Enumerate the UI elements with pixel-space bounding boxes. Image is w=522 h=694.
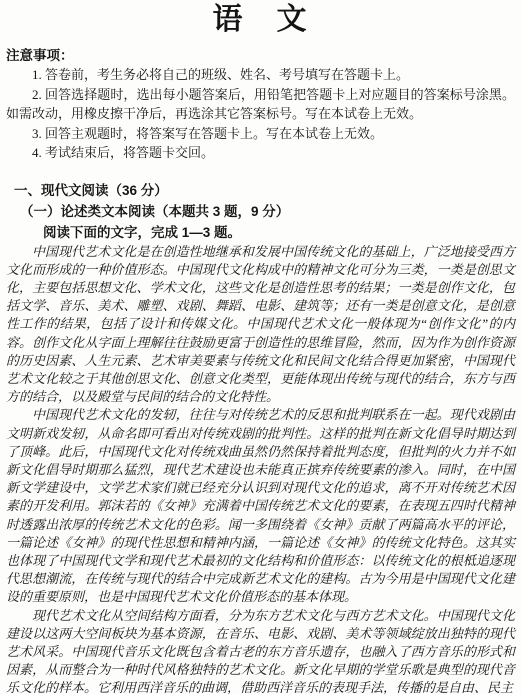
page-title: 语 文 <box>6 2 515 38</box>
passage-text: 中国现代艺术文化是在创造性地继承和发展中国传统文化的基础上，广泛地接受西方文化而… <box>6 243 515 694</box>
notice-section: 注意事项： 1. 答卷前，考生务必将自己的班级、姓名、考号填写在答题卡上。 2.… <box>6 46 515 163</box>
reading-instruction: 阅读下面的文字，完成 1—3 题。 <box>6 222 515 243</box>
exam-paper-page: 语 文 注意事项： 1. 答卷前，考生务必将自己的班级、姓名、考号填写在答题卡上… <box>0 0 522 694</box>
notice-heading: 注意事项： <box>6 46 515 65</box>
passage-paragraph-1: 中国现代艺术文化是在创造性地继承和发展中国传统文化的基础上，广泛地接受西方文化而… <box>6 243 515 407</box>
passage-paragraph-3: 现代艺术文化从空间结构方面看，分为东方艺术文化与西方艺术文化。中国现代文化建设以… <box>6 607 515 694</box>
subsection-heading: （一）论述类文本阅读（本题共 3 题，9 分） <box>6 201 515 222</box>
notice-item-2: 2. 回答选择题时，选出每小题答案后，用铅笔把答题卡上对应题目的答案标号涂黑。如… <box>6 85 515 124</box>
notice-item-1: 1. 答卷前，考生务必将自己的班级、姓名、考号填写在答题卡上。 <box>6 65 515 85</box>
section-heading: 一、现代文阅读（36 分） <box>6 180 515 201</box>
notice-item-4: 4. 考试结束后，将答题卡交回。 <box>6 143 515 163</box>
notice-item-3: 3. 回答主观题时，将答案写在答题卡上。写在本试卷上无效。 <box>6 124 515 144</box>
passage-paragraph-2: 中国现代艺术文化的发轫，往往与对传统艺术的反思和批判联系在一起。现代戏剧由文明新… <box>6 406 515 606</box>
reading-section: 一、现代文阅读（36 分） （一）论述类文本阅读（本题共 3 题，9 分） 阅读… <box>6 180 515 694</box>
